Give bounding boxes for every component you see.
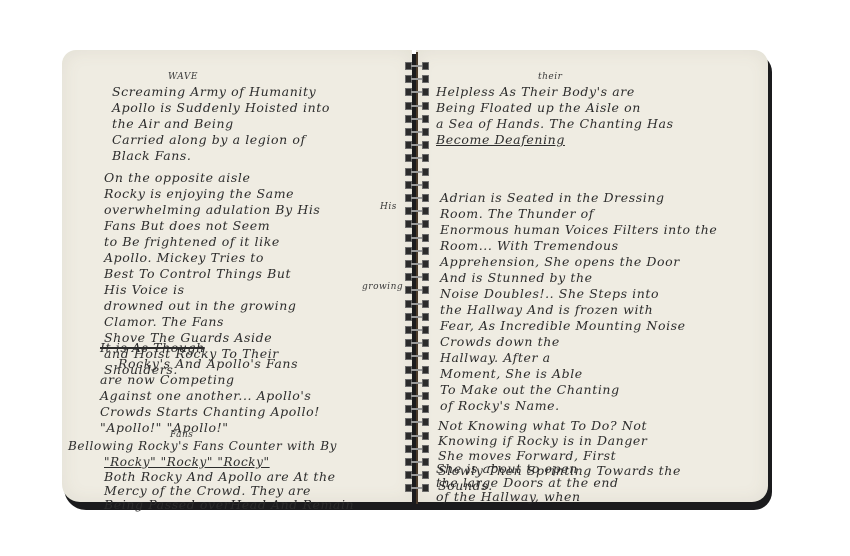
spiral-coil — [405, 445, 429, 453]
handwritten-line: Noise Doubles!.. She Steps into — [440, 286, 717, 302]
coil-hole-right — [422, 194, 429, 202]
spiral-coil — [405, 273, 429, 281]
spiral-coil — [405, 366, 429, 374]
handwritten-line: Black Fans. — [112, 148, 330, 164]
handwritten-line: Room. The Thunder of — [440, 206, 717, 222]
coil-hole-right — [422, 352, 429, 360]
spiral-coil — [405, 181, 429, 189]
coil-hole-right — [422, 392, 429, 400]
handwritten-line: Not Knowing what To Do? Not — [438, 418, 681, 433]
spiral-coil — [405, 458, 429, 466]
handwritten-line: Apollo. Mickey Tries to — [104, 250, 320, 266]
handwritten-line: Being Passed overHead And Remain — [104, 498, 354, 512]
coil-hole-right — [422, 300, 429, 308]
struck-line: It is As Though — [100, 340, 320, 356]
handwritten-line: Crowds Starts Chanting Apollo! — [100, 404, 320, 420]
handwritten-line: Fear, As Incredible Mounting Noise — [440, 318, 717, 334]
spiral-coil — [405, 352, 429, 360]
coil-hole-right — [422, 432, 429, 440]
coil-hole-right — [422, 445, 429, 453]
coil-hole-right — [422, 458, 429, 466]
spiral-coil — [405, 207, 429, 215]
right-paragraph-1: Helpless As Their Body's are Being Float… — [436, 84, 674, 148]
coil-hole-right — [422, 286, 429, 294]
handwritten-line: Fans But does not Seem — [104, 218, 320, 234]
handwritten-line: drowned out in the growing — [104, 298, 320, 314]
handwritten-line: Apprehension, She opens the Door — [440, 254, 717, 270]
coil-hole-right — [422, 484, 429, 492]
handwritten-line: are now Competing — [100, 372, 320, 388]
coil-hole-right — [422, 326, 429, 334]
coil-hole-right — [422, 366, 429, 374]
spiral-coil — [405, 326, 429, 334]
handwritten-line: of Rocky's Name. — [440, 398, 717, 414]
coil-hole-right — [422, 102, 429, 110]
spiral-coil — [405, 432, 429, 440]
spiral-coil — [405, 128, 429, 136]
left-paragraph-1: Screaming Army of Humanity Apollo is Sud… — [112, 84, 330, 164]
spiral-coil — [405, 392, 429, 400]
coil-hole-right — [422, 247, 429, 255]
left-page: WAVE Screaming Army of Humanity Apollo i… — [62, 50, 412, 502]
right-page: their Helpless As Their Body's are Being… — [416, 50, 768, 502]
coil-hole-right — [422, 154, 429, 162]
handwritten-line: to Be frightened of it like — [104, 234, 320, 250]
insertion-his: His — [380, 202, 397, 212]
spiral-coil — [405, 471, 429, 479]
coil-hole-right — [422, 88, 429, 96]
handwritten-line: Rocky is enjoying the Same — [104, 186, 320, 202]
coil-hole-right — [422, 405, 429, 413]
left-paragraph-4: Both Rocky And Apollo are At the Mercy o… — [104, 470, 354, 512]
spiral-coil — [405, 141, 429, 149]
spiral-coil — [405, 379, 429, 387]
coil-hole-right — [422, 181, 429, 189]
right-paragraph-2: Adrian is Seated in the Dressing Room. T… — [440, 190, 717, 414]
handwritten-line: She is about to open — [436, 462, 619, 476]
spiral-coil — [405, 75, 429, 83]
coil-hole-right — [422, 220, 429, 228]
handwritten-line: the large Doors at the end — [436, 476, 619, 490]
handwritten-line: a Sea of Hands. The Chanting Has — [436, 116, 674, 132]
handwritten-line: His Voice is — [104, 282, 320, 298]
spiral-binding — [405, 52, 429, 504]
handwritten-line: the Hallway And is frozen with — [440, 302, 717, 318]
left-paragraph-3-cont: Bellowing Rocky's Fans Counter with By "… — [68, 438, 337, 470]
handwritten-line: Apollo is Suddenly Hoisted into — [112, 100, 330, 116]
insertion-their: their — [538, 72, 562, 82]
coil-hole-right — [422, 75, 429, 83]
spiral-coil — [405, 260, 429, 268]
coil-hole-right — [422, 313, 429, 321]
handwritten-line: Bellowing Rocky's Fans Counter with By — [68, 438, 337, 454]
spiral-coil — [405, 62, 429, 70]
coil-hole-right — [422, 418, 429, 426]
handwritten-line: "Apollo!" "Apollo!" — [100, 420, 320, 436]
handwritten-line: Against one another... Apollo's — [100, 388, 320, 404]
spiral-coil — [405, 234, 429, 242]
right-paragraph-4: She is about to open the large Doors at … — [436, 448, 619, 504]
handwritten-line: overwhelming adulation By His — [104, 202, 320, 218]
underlined-line: "Rocky" "Rocky" "Rocky" — [68, 454, 337, 470]
handwritten-line: Being Floated up the Aisle on — [436, 100, 674, 116]
coil-hole-right — [422, 260, 429, 268]
coil-hole-right — [422, 471, 429, 479]
handwritten-line: Mercy of the Crowd. They are — [104, 484, 354, 498]
handwritten-line: Moment, She is Able — [440, 366, 717, 382]
spiral-coil — [405, 339, 429, 347]
handwritten-line: Room... With Tremendous — [440, 238, 717, 254]
spiral-coil — [405, 168, 429, 176]
insertion-wave: WAVE — [168, 72, 198, 82]
spiral-coil — [405, 154, 429, 162]
coil-hole-right — [422, 273, 429, 281]
spiral-coil — [405, 247, 429, 255]
coil-hole-right — [422, 168, 429, 176]
handwritten-line: Adrian is Seated in the Dressing — [440, 190, 717, 206]
spiral-coil — [405, 286, 429, 294]
handwritten-line: Best To Control Things But — [104, 266, 320, 282]
coil-hole-right — [422, 207, 429, 215]
handwritten-line: Carried along by a legion of — [112, 132, 330, 148]
underlined-line: Become Deafening — [436, 132, 674, 148]
spiral-coil — [405, 194, 429, 202]
handwritten-line: Knowing if Rocky is in Danger — [438, 433, 681, 448]
coil-hole-right — [422, 128, 429, 136]
handwritten-line: Clamor. The Fans — [104, 314, 320, 330]
coil-hole-right — [422, 339, 429, 347]
handwritten-line: On the opposite aisle — [104, 170, 320, 186]
coil-hole-right — [422, 62, 429, 70]
handwritten-line: Both Rocky And Apollo are At the — [104, 470, 354, 484]
handwritten-line: And is Stunned by the — [440, 270, 717, 286]
handwritten-line: Helpless As Their Body's are — [436, 84, 674, 100]
spiral-coil — [405, 88, 429, 96]
spiral-coil — [405, 484, 429, 492]
insertion-growing: growing — [362, 282, 403, 292]
coil-hole-right — [422, 234, 429, 242]
handwritten-line: Hallway. After a — [440, 350, 717, 366]
left-paragraph-3: It is As Though Rocky's And Apollo's Fan… — [100, 340, 320, 436]
handwritten-line: Enormous human Voices Filters into the — [440, 222, 717, 238]
handwritten-line: Crowds down the — [440, 334, 717, 350]
spiral-coil — [405, 313, 429, 321]
spiral-coil — [405, 405, 429, 413]
handwritten-line: the Air and Being — [112, 116, 330, 132]
handwritten-line: Rocky's And Apollo's Fans — [100, 356, 320, 372]
spiral-coil — [405, 220, 429, 228]
coil-hole-right — [422, 379, 429, 387]
notebook-spread: WAVE Screaming Army of Humanity Apollo i… — [62, 50, 772, 508]
coil-hole-right — [422, 115, 429, 123]
spiral-coil — [405, 115, 429, 123]
spiral-coil — [405, 300, 429, 308]
handwritten-line: of the Hallway, when — [436, 490, 619, 504]
handwritten-line: To Make out the Chanting — [440, 382, 717, 398]
coil-hole-right — [422, 141, 429, 149]
handwritten-line: Screaming Army of Humanity — [112, 84, 330, 100]
spiral-coil — [405, 102, 429, 110]
spiral-coil — [405, 418, 429, 426]
